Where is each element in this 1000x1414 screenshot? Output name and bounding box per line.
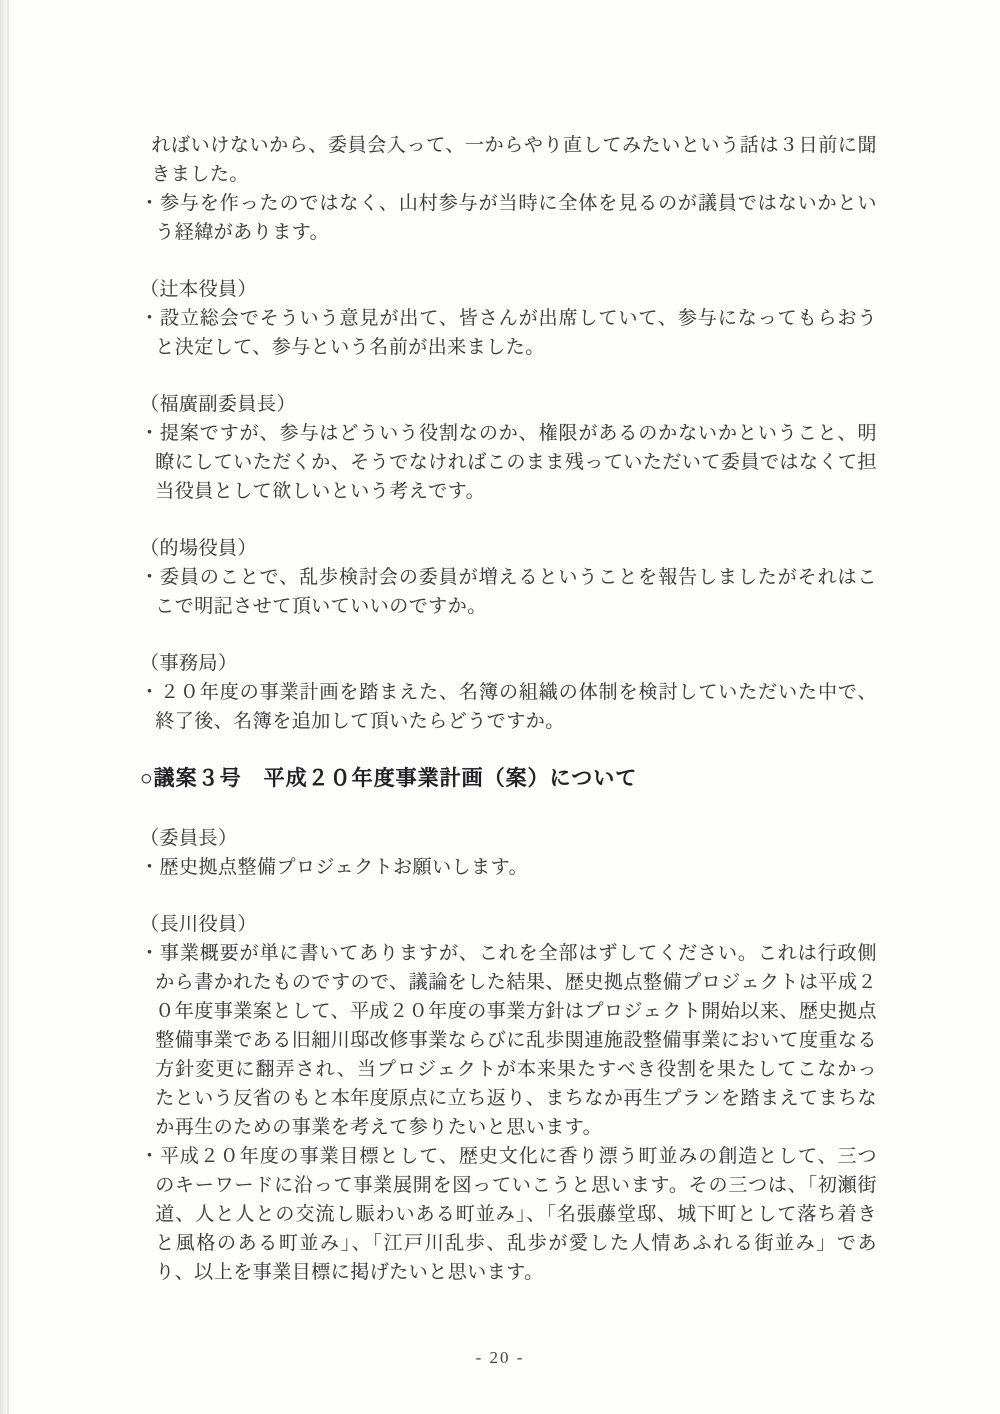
speech-section: （長川役員） ・事業概要が単に書いてありますが、これを全部はずしてください。これ… xyxy=(140,910,877,1287)
speaker-label: （的場役員） xyxy=(140,534,877,563)
speaker-label: （福廣副委員長） xyxy=(140,390,877,419)
scan-edge-line xyxy=(7,0,9,1414)
speaker-label: （長川役員） xyxy=(140,910,877,939)
bullet-item: ・委員のことで、乱歩検討会の委員が増えるということを報告しましたがそれはここで明… xyxy=(140,563,877,621)
bullet-item: ・２０年度の事業計画を踏まえた、名簿の組織の体制を検討していただいた中で、終了後… xyxy=(140,678,877,736)
bullet-item: ・設立総会でそういう意見が出て、皆さんが出席していて、参与になってもらおうと決定… xyxy=(140,304,877,362)
scanned-document-page: ればいけないから、委員会入って、一からやり直してみたいという話は３日前に聞きまし… xyxy=(0,0,1000,1414)
bullet-item: ・事業概要が単に書いてありますが、これを全部はずしてください。これは行政側から書… xyxy=(140,939,877,1142)
speech-section: （事務局） ・２０年度の事業計画を踏まえた、名簿の組織の体制を検討していただいた… xyxy=(140,649,877,736)
speech-section: （辻本役員） ・設立総会でそういう意見が出て、皆さんが出席していて、参与になって… xyxy=(140,275,877,362)
page-number: - 20 - xyxy=(0,1348,1000,1368)
continuation-paragraph: ればいけないから、委員会入って、一からやり直してみたいという話は３日前に聞きまし… xyxy=(140,131,877,189)
speech-section: （的場役員） ・委員のことで、乱歩検討会の委員が増えるということを報告しましたが… xyxy=(140,534,877,621)
speaker-label: （事務局） xyxy=(140,649,877,678)
speech-section: （福廣副委員長） ・提案ですが、参与はどういう役割なのか、権限があるのかないかと… xyxy=(140,390,877,506)
bullet-item: ・平成２０年度の事業目標として、歴史文化に香り漂う町並みの創造として、三つのキー… xyxy=(140,1142,877,1287)
speaker-label: （委員長） xyxy=(140,824,877,853)
bullet-item: ・歴史拠点整備プロジェクトお願いします。 xyxy=(140,853,877,882)
bullet-item: ・参与を作ったのではなく、山村参与が当時に全体を見るのが議員ではないかという経緯… xyxy=(140,189,877,247)
speaker-label: （辻本役員） xyxy=(140,275,877,304)
bullet-item: ・提案ですが、参与はどういう役割なのか、権限があるのかないかということ、明瞭にし… xyxy=(140,419,877,506)
speech-section: （委員長） ・歴史拠点整備プロジェクトお願いします。 xyxy=(140,824,877,882)
agenda-heading: ○議案３号 平成２０年度事業計画（案）について xyxy=(140,763,877,795)
document-body: ればいけないから、委員会入って、一からやり直してみたいという話は３日前に聞きまし… xyxy=(140,131,877,1287)
